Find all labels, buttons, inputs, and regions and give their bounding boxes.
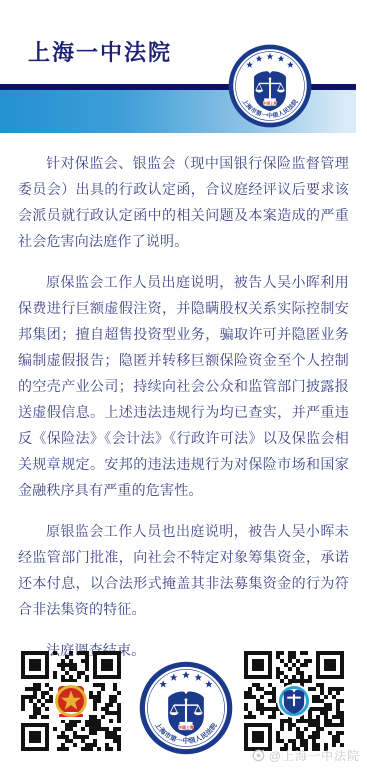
court-seal-icon: 中国上海 上海市第一中级人民法院 — [228, 44, 312, 128]
article-body: 针对保监会、银监会（现中国银行保险监督管理委员会）出具的行政认定函，合议庭经评议… — [0, 133, 367, 678]
paragraph: 原保监会工作人员出庭说明，被告人吴小晖利用保费进行巨额虚假注资，并隐瞒股权关系实… — [18, 269, 349, 503]
seal-center-text: 中国上海 — [263, 101, 278, 106]
national-emblem-icon — [58, 686, 84, 712]
qr-code-left — [21, 651, 121, 751]
paragraph: 针对保监会、银监会（现中国银行保险监督管理委员会）出具的行政认定函，合议庭经评议… — [18, 150, 349, 254]
qr-left-center-logo — [53, 682, 89, 720]
watermark-camera-icon — [252, 749, 265, 762]
paragraph: 原银监会工作人员也出庭说明，被告人吴小晖未经监管部门批准，向社会不特定对象筹集资… — [18, 518, 349, 622]
qr-right-center-logo — [277, 684, 311, 718]
court-seal-icon: 中国上海 上海市第一中级人民法院 — [139, 661, 233, 755]
account-title: 上海一中法院 — [28, 36, 172, 67]
mini-court-badge-icon — [279, 686, 309, 716]
weibo-watermark: @上海一中法院 — [252, 747, 360, 763]
watermark-text: @上海一中法院 — [269, 747, 360, 764]
post-image: 上海一中法院 中国上海 上海市第一中级人民法院 针对保监会、银监会（现中国银行保… — [0, 0, 367, 770]
seal-center-text: 中国上海 — [178, 725, 194, 730]
qr-code-right — [244, 651, 344, 751]
